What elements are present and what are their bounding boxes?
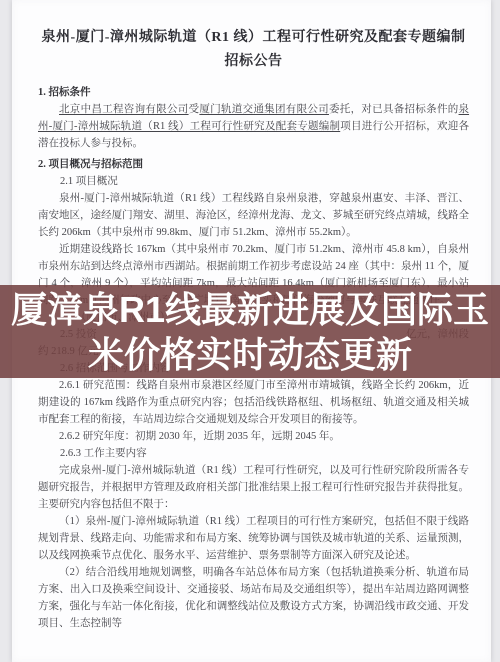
project-overview-paragraph: 泉州-厦门-漳州城际轨道（R1 线）工程线路自泉州泉港，穿越泉州惠安、丰泽、晋江…	[38, 190, 469, 241]
document-photo: 泉州-厦门-漳州城际轨道（R1 线）工程可行性研究及配套专题编制 招标公告 1.…	[0, 0, 500, 662]
work-item-1-paragraph: （1）泉州-厦门-漳州城际轨道（R1 线）工程项目的可行性方案研究，包括但不限于…	[38, 513, 469, 564]
tender-conditions-paragraph: 北京中昌工程咨询有限公司受厦门轨道交通集团有限公司委托，对已具备招标条件的泉州-…	[38, 101, 469, 152]
headline-line2: 米价格实时动态更新	[88, 332, 412, 377]
section-2-6-3-heading: 2.6.3 工作主要内容	[38, 445, 469, 462]
research-years-paragraph: 2.6.2 研究年度：初期 2030 年，近期 2035 年，远期 2045 年…	[38, 428, 469, 445]
section-2-heading: 2. 项目概况与招标范围	[38, 156, 469, 173]
document-title-line2: 招标公告	[38, 50, 469, 74]
document-title-line1: 泉州-厦门-漳州城际轨道（R1 线）工程可行性研究及配套专题编制	[38, 26, 469, 50]
headline-line1: 厦漳泉R1线最新进展及国际玉	[11, 287, 489, 332]
section-1-heading: 1. 招标条件	[38, 84, 469, 101]
work-item-2-paragraph: （2）结合沿线用地规划调整，明确各车站总体布局方案（包括轨道换乘分析、轨道布局方…	[38, 564, 469, 632]
section-2-1-heading: 2.1 项目概况	[38, 173, 469, 190]
work-content-intro-paragraph: 完成泉州-厦门-漳州城际轨道（R1 线）工程可行性研究，以及可行性研究阶段所需各…	[38, 462, 469, 513]
headline-overlay: 厦漳泉R1线最新进展及国际玉 米价格实时动态更新	[0, 285, 500, 378]
research-scope-paragraph: 2.6.1 研究范围：线路自泉州市泉港区经厦门市至漳州市靖城镇，线路全长约 20…	[38, 377, 469, 428]
